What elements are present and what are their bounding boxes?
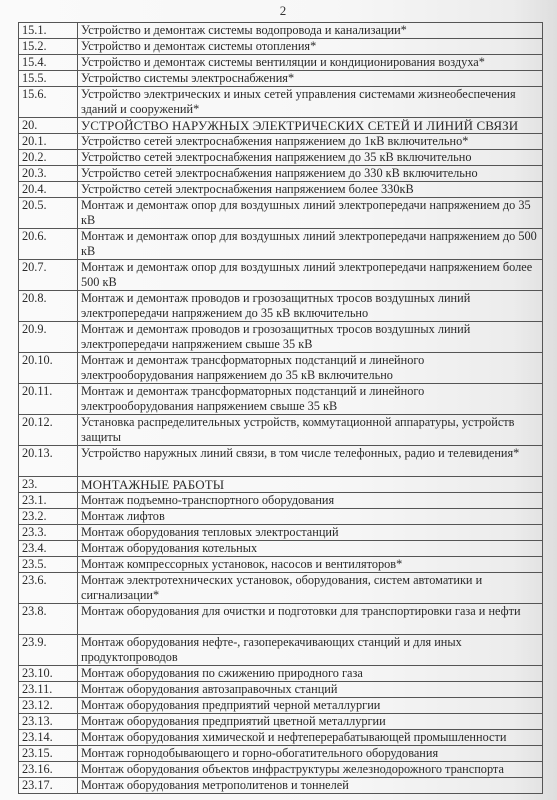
work-type-name: Монтаж электротехнических установок, обо…	[78, 573, 543, 604]
work-type-name: Монтаж и демонтаж проводов и грозозащитн…	[78, 291, 543, 322]
item-number: 20.8.	[19, 291, 78, 322]
table-row: 23.6.Монтаж электротехнических установок…	[19, 573, 543, 604]
table-row: 20.7.Монтаж и демонтаж опор для воздушны…	[19, 260, 543, 291]
item-number: 23.15.	[19, 746, 78, 762]
table-row: 23.13.Монтаж оборудования предприятий цв…	[19, 714, 543, 730]
item-number: 23.4.	[19, 541, 78, 557]
item-number: 20.7.	[19, 260, 78, 291]
item-number: 20.12.	[19, 415, 78, 446]
table-row: 20.12.Установка распределительных устрой…	[19, 415, 543, 446]
work-type-name: Монтаж оборудования котельных	[78, 541, 543, 557]
item-number: 20.1.	[19, 134, 78, 150]
work-type-name: Монтаж оборудования метрополитенов и тон…	[78, 778, 543, 794]
table-row: 20.4.Устройство сетей электроснабжения н…	[19, 182, 543, 198]
table-row: 23.14.Монтаж оборудования химической и н…	[19, 730, 543, 746]
table-row: 20.13.Устройство наружных линий связи, в…	[19, 446, 543, 477]
item-number: 23.16.	[19, 762, 78, 778]
item-number: 20.9.	[19, 322, 78, 353]
table-row: 23.9.Монтаж оборудования нефте-, газопер…	[19, 635, 543, 666]
work-type-name: Устройство и демонтаж системы вентиляции…	[78, 55, 543, 71]
item-number: 23.9.	[19, 635, 78, 666]
table-row: 23.10.Монтаж оборудования по сжижению пр…	[19, 666, 543, 682]
item-number: 23.3.	[19, 525, 78, 541]
work-type-name: Монтаж лифтов	[78, 509, 543, 525]
table-row: 15.1.Устройство и демонтаж системы водоп…	[19, 23, 543, 39]
section-title: УСТРОЙСТВО НАРУЖНЫХ ЭЛЕКТРИЧЕСКИХ СЕТЕЙ …	[78, 118, 543, 134]
table-row: 15.4.Устройство и демонтаж системы венти…	[19, 55, 543, 71]
work-type-name: Монтаж компрессорных установок, насосов …	[78, 557, 543, 573]
table-row: 23.8.Монтаж оборудования для очистки и п…	[19, 604, 543, 635]
table-row: 15.5.Устройство системы электроснабжения…	[19, 71, 543, 87]
work-type-name: Монтаж оборудования химической и нефтепе…	[78, 730, 543, 746]
table-row: 23.5.Монтаж компрессорных установок, нас…	[19, 557, 543, 573]
item-number: 23.6.	[19, 573, 78, 604]
work-type-name: Монтаж оборудования предприятий черной м…	[78, 698, 543, 714]
work-type-name: Устройство и демонтаж системы водопровод…	[78, 23, 543, 39]
item-number: 15.6.	[19, 87, 78, 118]
work-type-name: Монтаж и демонтаж опор для воздушных лин…	[78, 229, 543, 260]
item-number: 23.1.	[19, 493, 78, 509]
item-number: 15.2.	[19, 39, 78, 55]
table-row: 15.6.Устройство электрических и иных сет…	[19, 87, 543, 118]
table-row: 23.2.Монтаж лифтов	[19, 509, 543, 525]
item-number: 23.10.	[19, 666, 78, 682]
table-row: 23.15.Монтаж горнодобывающего и горно-об…	[19, 746, 543, 762]
item-number: 23.8.	[19, 604, 78, 635]
table-row: 20.11.Монтаж и демонтаж трансформаторных…	[19, 384, 543, 415]
item-number: 23.14.	[19, 730, 78, 746]
item-number: 20.4.	[19, 182, 78, 198]
table-row: 23.11.Монтаж оборудования автозаправочны…	[19, 682, 543, 698]
item-number: 20.6.	[19, 229, 78, 260]
work-type-name: Устройство системы электроснабжения*	[78, 71, 543, 87]
table-row: 20.6.Монтаж и демонтаж опор для воздушны…	[19, 229, 543, 260]
table-row: 23.12.Монтаж оборудования предприятий че…	[19, 698, 543, 714]
work-type-name: Устройство сетей электроснабжения напряж…	[78, 134, 543, 150]
table-row: 20.9.Монтаж и демонтаж проводов и грозоз…	[19, 322, 543, 353]
table-row: 20.5.Монтаж и демонтаж опор для воздушны…	[19, 198, 543, 229]
work-type-name: Монтаж и демонтаж проводов и грозозащитн…	[78, 322, 543, 353]
item-number: 23.17.	[19, 778, 78, 794]
work-type-name: Монтаж и демонтаж трансформаторных подст…	[78, 353, 543, 384]
work-type-name: Монтаж и демонтаж опор для воздушных лин…	[78, 198, 543, 229]
work-type-name: Монтаж оборудования предприятий цветной …	[78, 714, 543, 730]
work-type-name: Устройство сетей электроснабжения напряж…	[78, 166, 543, 182]
item-number: 23.5.	[19, 557, 78, 573]
table-row: 23.17.Монтаж оборудования метрополитенов…	[19, 778, 543, 794]
work-type-name: Монтаж и демонтаж опор для воздушных лин…	[78, 260, 543, 291]
section-row: 20.УСТРОЙСТВО НАРУЖНЫХ ЭЛЕКТРИЧЕСКИХ СЕТ…	[19, 118, 543, 134]
work-type-name: Устройство сетей электроснабжения напряж…	[78, 182, 543, 198]
item-number: 15.4.	[19, 55, 78, 71]
item-number: 23.11.	[19, 682, 78, 698]
item-number: 20.2.	[19, 150, 78, 166]
item-number: 23.2.	[19, 509, 78, 525]
work-type-name: Устройство сетей электроснабжения напряж…	[78, 150, 543, 166]
item-number: 23.	[19, 477, 78, 493]
work-type-name: Монтаж оборудования нефте-, газоперекачи…	[78, 635, 543, 666]
item-number: 20.3.	[19, 166, 78, 182]
table-row: 20.3.Устройство сетей электроснабжения н…	[19, 166, 543, 182]
work-type-name: Монтаж оборудования по сжижению природно…	[78, 666, 543, 682]
work-type-name: Устройство электрических и иных сетей уп…	[78, 87, 543, 118]
table-row: 23.4.Монтаж оборудования котельных	[19, 541, 543, 557]
page-number: 2	[0, 3, 557, 19]
work-type-name: Монтаж подъемно-транспортного оборудован…	[78, 493, 543, 509]
table-row: 23.3.Монтаж оборудования тепловых электр…	[19, 525, 543, 541]
work-type-name: Устройство и демонтаж системы отопления*	[78, 39, 543, 55]
table-row: 20.2.Устройство сетей электроснабжения н…	[19, 150, 543, 166]
table-row: 23.16.Монтаж оборудования объектов инфра…	[19, 762, 543, 778]
item-number: 20.10.	[19, 353, 78, 384]
item-number: 23.13.	[19, 714, 78, 730]
work-type-name: Монтаж горнодобывающего и горно-обогатит…	[78, 746, 543, 762]
table-row: 20.10.Монтаж и демонтаж трансформаторных…	[19, 353, 543, 384]
table-row: 23.1.Монтаж подъемно-транспортного обору…	[19, 493, 543, 509]
work-type-name: Монтаж оборудования тепловых электростан…	[78, 525, 543, 541]
table-row: 15.2.Устройство и демонтаж системы отопл…	[19, 39, 543, 55]
item-number: 20.11.	[19, 384, 78, 415]
table-row: 20.1.Устройство сетей электроснабжения н…	[19, 134, 543, 150]
work-type-name: Устройство наружных линий связи, в том ч…	[78, 446, 543, 477]
table-row: 20.8.Монтаж и демонтаж проводов и грозоз…	[19, 291, 543, 322]
work-type-name: Установка распределительных устройств, к…	[78, 415, 543, 446]
works-table: 15.1.Устройство и демонтаж системы водоп…	[18, 22, 543, 794]
works-table-body: 15.1.Устройство и демонтаж системы водоп…	[19, 23, 543, 794]
section-row: 23.МОНТАЖНЫЕ РАБОТЫ	[19, 477, 543, 493]
work-type-name: Монтаж оборудования автозаправочных стан…	[78, 682, 543, 698]
item-number: 20.	[19, 118, 78, 134]
work-type-name: Монтаж оборудования для очистки и подгот…	[78, 604, 543, 635]
work-type-name: Монтаж оборудования объектов инфраструкт…	[78, 762, 543, 778]
item-number: 15.5.	[19, 71, 78, 87]
item-number: 15.1.	[19, 23, 78, 39]
section-title: МОНТАЖНЫЕ РАБОТЫ	[78, 477, 543, 493]
item-number: 20.13.	[19, 446, 78, 477]
item-number: 23.12.	[19, 698, 78, 714]
item-number: 20.5.	[19, 198, 78, 229]
work-type-name: Монтаж и демонтаж трансформаторных подст…	[78, 384, 543, 415]
